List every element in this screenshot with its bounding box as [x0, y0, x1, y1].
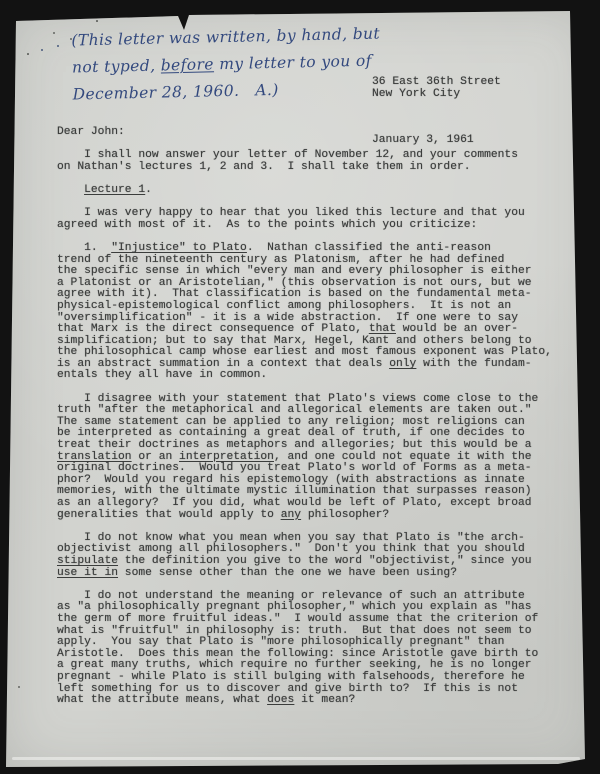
text-line: apply. You say that Plato is "more philo…: [57, 637, 577, 649]
text-line: pregnant - while Plato is still bulging …: [57, 672, 577, 684]
letter-body: Dear John: I shall now answer your lette…: [57, 127, 577, 718]
text-line: the germ of more fruitful ideas." I woul…: [57, 614, 577, 626]
text-line: 1. "Injustice" to Plato. Nathan classifi…: [57, 243, 577, 255]
ink-dot: [41, 49, 43, 51]
paragraph-plato-metaphor: I disagree with your statement that Plat…: [57, 394, 577, 522]
text-line: the specific sense in which "every man a…: [57, 266, 577, 278]
text-line: use it in some sense other than the one …: [57, 568, 577, 580]
text-line: on Nathan's lectures 1, 2 and 3. I shall…: [57, 162, 577, 174]
scan-speck: [18, 686, 20, 688]
text-line: treat their doctrines as metaphors and a…: [57, 440, 577, 452]
text-line: agreed with most of it. As to the points…: [57, 220, 577, 232]
paragraph-point-1-injustice-to-plato: 1. "Injustice" to Plato. Nathan classifi…: [57, 243, 577, 382]
scan-speck: [53, 32, 55, 34]
text-line: December 28, 1960. A.): [72, 74, 381, 108]
text-line: entals they all have in common.: [57, 370, 577, 382]
ink-dot: [57, 45, 59, 47]
scan-background: { "scan": { "background_color": "#121212…: [0, 0, 600, 774]
salutation: Dear John:: [57, 127, 577, 139]
paper-edge-highlight: [12, 757, 580, 760]
letter-paper: (This letter was written, by hand, butno…: [0, 0, 600, 774]
scan-speck: [27, 53, 29, 55]
text-line: Lecture 1.: [57, 185, 577, 197]
text-line: that Marx is the direct consequence of P…: [57, 324, 577, 336]
paragraph-arch-objectivist: I do not know what you mean when you say…: [57, 533, 577, 579]
text-line: what the attribute means, what does it m…: [57, 695, 577, 707]
text-line: I was very happy to hear that you liked …: [57, 208, 577, 220]
paragraph-philosophically-pregnant: I do not understand the meaning or relev…: [57, 591, 577, 707]
lecture-1-heading: Lecture 1.: [57, 185, 577, 197]
text-line: generalities that would apply to any phi…: [57, 510, 577, 522]
text-line: physical-epistemological conflict among …: [57, 301, 577, 313]
text-line: as an allegory? If you did, what would b…: [57, 498, 577, 510]
return-address: 36 East 36th StreetNew York City: [372, 77, 501, 100]
text-line: stipulate the definition you give to the…: [57, 556, 577, 568]
text-line: New York City: [372, 89, 501, 101]
paragraph-intro: I shall now answer your letter of Novemb…: [57, 150, 577, 173]
handwritten-annotation: (This letter was written, by hand, butno…: [71, 21, 381, 109]
paragraph-lecture1-intro: I was very happy to hear that you liked …: [57, 208, 577, 231]
scan-speck: [70, 38, 72, 40]
scan-speck: [96, 20, 98, 22]
text-line: Dear John:: [57, 127, 577, 139]
